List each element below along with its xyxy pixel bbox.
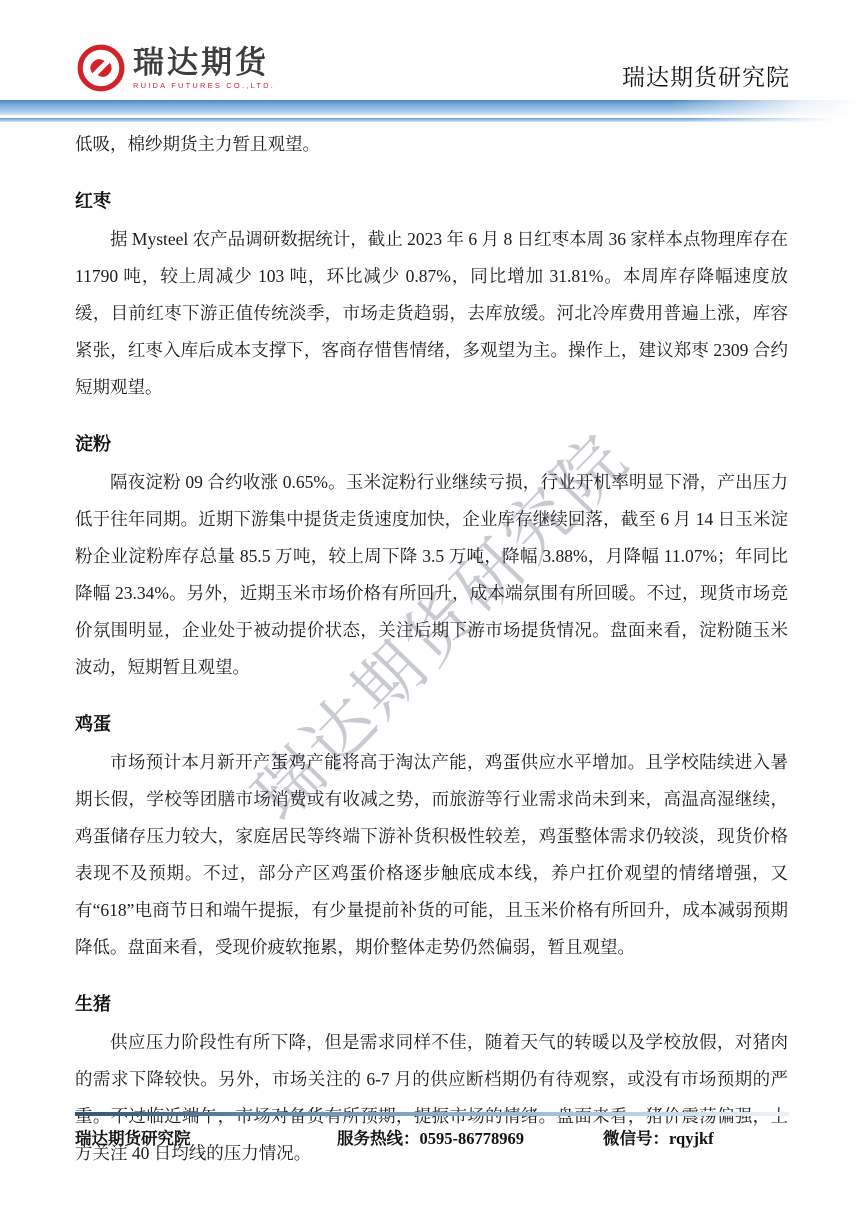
ruida-logo: 瑞达期货 RUIDA FUTURES CO.,LTD.	[75, 42, 275, 94]
intro-paragraph: 低吸，棉纱期货主力暂且观望。	[75, 126, 788, 163]
page-footer: 瑞达期货研究院 服务热线：0595-86778969 微信号：rqyjkf	[75, 1112, 789, 1155]
document-body: 低吸，棉纱期货主力暂且观望。 红枣 据 Mysteel 农产品调研数据统计，截止…	[75, 126, 788, 1172]
logo-text: 瑞达期货 RUIDA FUTURES CO.,LTD.	[133, 47, 275, 90]
ruida-logo-icon	[75, 42, 127, 94]
section-heading-eggs: 鸡蛋	[75, 711, 788, 737]
footer-row: 瑞达期货研究院 服务热线：0595-86778969 微信号：rqyjkf	[75, 1125, 789, 1155]
footer-org-name: 瑞达期货研究院	[75, 1125, 191, 1149]
brand-name-cn: 瑞达期货	[133, 47, 275, 78]
section-paragraph: 隔夜淀粉 09 合约收涨 0.65%。玉米淀粉行业继续亏损，行业开机率明显下滑，…	[75, 464, 788, 686]
footer-wechat-id: 微信号：rqyjkf	[603, 1125, 714, 1149]
header-divider	[0, 100, 860, 122]
section-heading-starch: 淀粉	[75, 431, 788, 457]
section-heading-live-hogs: 生猪	[75, 991, 788, 1017]
section-paragraph: 市场预计本月新开产蛋鸡产能将高于淘汰产能，鸡蛋供应水平增加。且学校陆续进入暑期长…	[75, 744, 788, 966]
section-paragraph: 据 Mysteel 农产品调研数据统计，截止 2023 年 6 月 8 日红枣本…	[75, 221, 788, 406]
section-starch: 淀粉 隔夜淀粉 09 合约收涨 0.65%。玉米淀粉行业继续亏损，行业开机率明显…	[75, 431, 788, 686]
header-divider-band	[0, 100, 860, 115]
section-red-dates: 红枣 据 Mysteel 农产品调研数据统计，截止 2023 年 6 月 8 日…	[75, 188, 788, 406]
report-page: 瑞达期货 RUIDA FUTURES CO.,LTD. 瑞达期货研究院 瑞达期货…	[0, 0, 860, 1217]
footer-divider	[75, 1112, 789, 1116]
page-title: 瑞达期货研究院	[622, 59, 790, 94]
page-header: 瑞达期货 RUIDA FUTURES CO.,LTD. 瑞达期货研究院	[75, 42, 790, 94]
brand-name-en: RUIDA FUTURES CO.,LTD.	[133, 82, 275, 90]
header-divider-thin-line	[0, 118, 860, 122]
section-heading-red-dates: 红枣	[75, 188, 788, 214]
footer-hotline: 服务热线：0595-86778969	[337, 1125, 524, 1149]
section-eggs: 鸡蛋 市场预计本月新开产蛋鸡产能将高于淘汰产能，鸡蛋供应水平增加。且学校陆续进入…	[75, 711, 788, 966]
